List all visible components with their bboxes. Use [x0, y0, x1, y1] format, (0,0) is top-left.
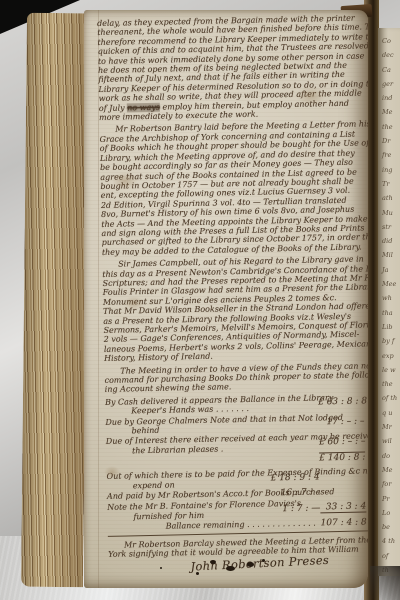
amount: £ 63 : 8 : 8 — [318, 397, 364, 408]
ink-blot — [262, 559, 265, 562]
facing-text-fragment: exp — [382, 349, 400, 363]
account-row: Note the Mr B. Fontaine's for Florence D… — [107, 498, 366, 522]
account-total-row: £ 140 : 8 : 8 — [106, 452, 365, 468]
text-line: Sermons, Parker's Memoirs, Melvill's Mem… — [103, 321, 362, 336]
account-row: Due of Interest there either received at… — [106, 432, 365, 456]
facing-text-fragment: Mu — [382, 206, 400, 220]
facing-text-fragment: Lo — [382, 506, 400, 520]
horizontal-rule — [108, 530, 368, 536]
margin-crease — [98, 10, 99, 588]
facing-text-fragment: tha — [382, 306, 400, 320]
sum-amount: 33 : 3 : 4 — [320, 501, 366, 513]
facing-text-fragment: Pr — [382, 492, 400, 506]
text-line: thereanent, the whole would have been fi… — [97, 23, 356, 38]
facing-text-fragment: Lib — [382, 320, 400, 334]
total-amount: £ 140 : 8 : 8 — [319, 452, 365, 464]
amount: 16 : 7 : – — [266, 488, 320, 499]
text-line: History, History of Ireland. — [104, 349, 363, 364]
facing-text-fragment: Ja — [382, 263, 400, 277]
facing-text-fragment: Mr — [382, 420, 400, 434]
account-row: Out of which there is to be paid for the… — [106, 467, 365, 491]
amount — [267, 523, 321, 524]
text-line: Mr Robertson Barclay shewed the Meeting … — [108, 535, 367, 550]
facing-text-fragment: Co — [382, 34, 400, 48]
paragraph-closing: Mr Robertson Barclay shewed the Meeting … — [108, 535, 367, 559]
text-line: Library, which the Meeting approve of, a… — [100, 148, 359, 163]
facing-text-fragment: ing — [382, 163, 400, 177]
facing-text-fragment: by f — [382, 334, 400, 348]
facing-text-fragment: Me — [382, 105, 400, 119]
text-line: to have this work immediately done by so… — [98, 51, 357, 66]
facing-text-fragment: Ca — [382, 63, 400, 77]
amount: £ 60 : – : – — [319, 436, 365, 447]
paper-stain — [296, 86, 326, 106]
facing-text-fragment: ger — [382, 77, 400, 91]
facing-text-fragment: fre — [382, 148, 400, 162]
text-line: Grace the Archbishop of York concerning … — [99, 129, 358, 144]
paper-stain — [124, 296, 144, 310]
account-label: Keeper's Hands was . . . . . . . — [105, 404, 264, 417]
facing-text-fragment: ath — [382, 191, 400, 205]
facing-text-fragment: Mil — [382, 248, 400, 262]
facing-text-fragment: q u — [382, 406, 400, 420]
text-line: fifteenth of July next, and that if he f… — [98, 70, 357, 85]
facing-page-edge: CodecCagerindMetheDrfreingTrathMustrdidM… — [378, 28, 400, 576]
amount — [265, 423, 319, 424]
paragraph-presents: Sir James Campbell, out of his Regard to… — [102, 255, 363, 364]
amount — [265, 458, 319, 459]
ink-blot — [226, 566, 235, 571]
account-label: furnished for him — [107, 509, 266, 522]
facing-text-fragment: did — [382, 234, 400, 248]
text-line: more immediately to execute the work. — [99, 108, 358, 123]
text-line: of Books which he thought proper should … — [100, 139, 359, 154]
account-label: Out of which there is to be paid for the… — [106, 469, 265, 482]
amount — [320, 476, 366, 477]
account-label: behind — [106, 424, 265, 437]
facing-text-fragment: wh — [382, 291, 400, 305]
text-line: be bought accordingly so far as their Mo… — [100, 158, 359, 173]
text-line: 2d Edition, Virgil Spurinna 3 vol. 4to —… — [101, 195, 360, 210]
text-line: delay, as they expected from the Bargain… — [97, 14, 356, 29]
text-line: purchased or gifted to the Library since… — [102, 233, 361, 248]
balance-amount: 107 : 4 : 8 — [321, 517, 367, 528]
text-line: as a Present to the Library the followin… — [103, 311, 362, 326]
amount: £ 18 : 9 : 4 — [266, 472, 320, 483]
text-line: the Acts — And the Meeting appoints the … — [101, 214, 360, 229]
balance-row: Ballance remaining . . . . . . . . . . .… — [108, 517, 367, 532]
facing-text-fragment: Dr — [382, 134, 400, 148]
text-line: Mr Robertson Bantry laid before the Meet… — [99, 120, 358, 135]
text-line: York signifying that it would be agreeab… — [108, 545, 367, 560]
text-line: 8vo, Burnet's History of his own time 6 … — [101, 205, 360, 220]
signature: John Robertson Preses — [190, 554, 367, 572]
text-line: he does not open them of its being negle… — [98, 61, 357, 76]
facing-text-fragment: of th — [382, 391, 400, 405]
text-line: command for purchasing Books Do think pr… — [104, 371, 363, 386]
facing-text-fragment: wil — [382, 434, 400, 448]
text-line: agree that such of the Books contained i… — [100, 167, 359, 182]
text-line: Scriptures; and had the Preses reported … — [102, 273, 361, 288]
text-line: ent, excepting the following ones viz.t … — [101, 186, 360, 201]
text-line: quicken of this and to acquaint him, tha… — [98, 42, 357, 57]
facing-text-fragment: do — [382, 449, 400, 463]
balance-label: Ballance remaining . . . . . . . . . . .… — [166, 520, 267, 532]
facing-text-fragment: str — [382, 220, 400, 234]
account-label: Note the Mr B. Fontaine's for Florence D… — [107, 500, 266, 513]
amount — [264, 403, 318, 404]
facing-text-fragment: Tr — [382, 177, 400, 191]
account-label: By Cash delivered it appears the Ballanc… — [105, 394, 264, 407]
account-row: And paid by Mr Robertson's Acco.t for Bo… — [107, 487, 366, 502]
text-line: bought in October 1757 — but are not alr… — [100, 176, 359, 191]
facing-text-fragment: the — [382, 377, 400, 391]
text-line: 2 vols — Gage's Conferences, Antiquities… — [104, 330, 363, 345]
facing-text-fragment: for — [382, 477, 400, 491]
account-label: Due of Interest there either received at… — [106, 434, 265, 447]
text-line: therefore recommend to the Library Keepe… — [97, 32, 356, 47]
facing-text-fragment: dec — [382, 48, 400, 62]
facing-text-fragment: of — [382, 549, 400, 563]
paragraph-archbishop-letter: Mr Robertson Bantry laid before the Meet… — [99, 120, 361, 257]
account-label: expend on — [107, 478, 266, 491]
paper-stain — [104, 466, 120, 478]
facing-text-fragment: the — [382, 120, 400, 134]
manuscript-photo: CodecCagerindMetheDrfreingTrathMustrdidM… — [0, 0, 400, 600]
text-line: laneous Poems, Herbert's works 2 vols, C… — [104, 339, 363, 354]
ink-blot — [160, 567, 162, 569]
struck-out-word: no ways — [127, 102, 160, 112]
account-label: And paid by Mr Robertson's Acco.t for Bo… — [107, 489, 266, 502]
facing-text-fragment: ind — [382, 91, 400, 105]
paragraph-funds: The Meeting in order to have a view of t… — [104, 361, 364, 395]
ink-blot — [247, 562, 254, 567]
account-row: Due by George Chalmers Note and that in … — [105, 412, 364, 436]
book-page-edges — [21, 13, 89, 588]
ink-blot — [210, 560, 216, 564]
amount: 1 : 7 : — — [266, 503, 320, 514]
ink-blot — [196, 572, 199, 575]
account-row: By Cash delivered it appears the Ballanc… — [105, 392, 364, 416]
text-line: and sign along with the Preses a full Li… — [101, 223, 360, 238]
amount — [265, 442, 319, 443]
account-label: Due by George Chalmers Note and that in … — [105, 414, 264, 427]
text-line: The Meeting in order to have a view of t… — [104, 361, 363, 376]
handwritten-text: delay, as they expected from the Bargain… — [97, 14, 368, 571]
corner-shadow — [370, 566, 400, 600]
text-line: Foulis Printer in Glasgow had sent him a… — [103, 283, 362, 298]
amount — [320, 492, 366, 493]
text-line: this day as a Present Newton's Cambridge… — [102, 264, 361, 279]
amount: 17 : – : – — [318, 417, 364, 428]
facing-text-fragment: Mee — [382, 277, 400, 291]
text-line: they may be added to the Catalogue of th… — [102, 242, 361, 257]
text-line: ing Account shewing the same. — [105, 380, 364, 395]
facing-text-fragment: le w — [382, 363, 400, 377]
paper-stain — [112, 172, 138, 190]
facing-text-fragment: 4 th — [382, 534, 400, 548]
facing-text-fragment: Me — [382, 463, 400, 477]
text-line: Sir James Campbell, out of his Regard to… — [102, 255, 361, 270]
account-label: the Librarian pleases . — [106, 443, 265, 456]
facing-text-fragment: be — [382, 520, 400, 534]
account-statement: By Cash delivered it appears the Ballanc… — [105, 392, 367, 532]
